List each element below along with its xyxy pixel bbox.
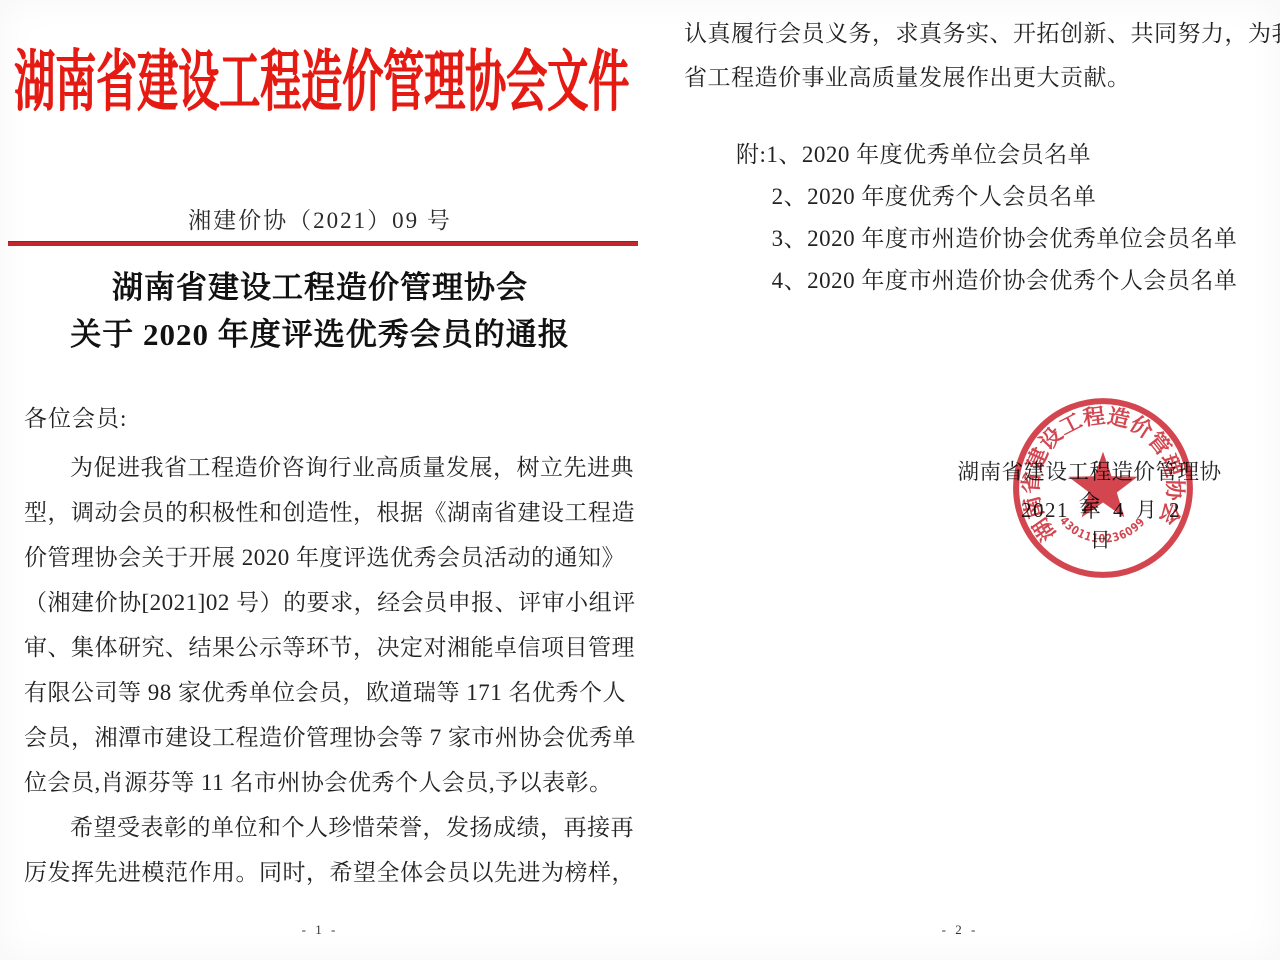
text-line: 有限公司等 98 家优秀单位会员，欧道瑞等 171 名优秀个人 [24,670,624,715]
text-line: 位会员,肖源芬等 11 名市州协会优秀个人会员,予以表彰。 [24,760,624,805]
page-number-1: - 1 - [0,922,640,938]
text-line: 4、2020 年度市州造价协会优秀个人会员名单 [736,260,1266,302]
text-line: 省工程造价事业高质量发展作出更大贡献。 [684,56,1259,100]
seal-registration-number: 4301110236099 [1057,514,1148,546]
seal-star-icon [1068,452,1137,518]
text-line: 为促进我省工程造价咨询行业高质量发展，树立先进典 [24,445,624,490]
text-line: （湘建价协[2021]02 号）的要求，经会员申报、评审小组评 [24,580,624,625]
attachment-list: 附:1、2020 年度优秀单位会员名单2、2020 年度优秀个人会员名单3、20… [736,134,1266,302]
document-title-line2: 关于 2020 年度评选优秀会员的通报 [20,311,620,358]
document-number: 湘建价协（2021）09 号 [0,202,640,235]
text-line: 2、2020 年度优秀个人会员名单 [736,176,1266,218]
text-line: 价管理协会关于开展 2020 年度评选优秀会员活动的通知》 [24,535,624,580]
text-line: 希望受表彰的单位和个人珍惜荣誉，发扬成绩，再接再 [24,805,624,850]
text-line: 型，调动会员的积极性和创造性，根据《湖南省建设工程造 [24,490,624,535]
text-line: 附:1、2020 年度优秀单位会员名单 [736,134,1266,176]
body-paragraph-1: 为促进我省工程造价咨询行业高质量发展，树立先进典型，调动会员的积极性和创造性，根… [24,445,624,805]
red-separator-rule [8,241,638,246]
page-number-2: - 2 - [640,922,1280,938]
document-scan: 湖南省建设工程造价管理协会文件 湘建价协（2021）09 号 湖南省建设工程造价… [0,0,1280,960]
text-line: 会员，湘潭市建设工程造价管理协会等 7 家市州协会优秀单 [24,715,624,760]
text-line: 3、2020 年度市州造价协会优秀单位会员名单 [736,218,1266,260]
document-title: 湖南省建设工程造价管理协会 关于 2020 年度评选优秀会员的通报 [20,264,620,358]
body-paragraph-2-continued: 认真履行会员义务，求真务实、开拓创新、共同努力，为我省工程造价事业高质量发展作出… [684,12,1259,100]
salutation: 各位会员: [24,400,127,433]
body-paragraph-2: 希望受表彰的单位和个人珍惜荣誉，发扬成绩，再接再厉发挥先进模范作用。同时，希望全… [24,805,624,895]
official-seal-stamp: 湖南省建设工程造价管理协会 4301110236099 [1006,391,1200,585]
text-line: 审、集体研究、结果公示等环节，决定对湘能卓信项目管理 [24,625,624,670]
text-line: 认真履行会员义务，求真务实、开拓创新、共同努力，为我 [684,12,1259,56]
text-line: 厉发挥先进模范作用。同时，希望全体会员以先进为榜样， [24,850,624,895]
red-header-banner: 湖南省建设工程造价管理协会文件 [14,14,626,150]
document-title-line1: 湖南省建设工程造价管理协会 [20,264,620,311]
